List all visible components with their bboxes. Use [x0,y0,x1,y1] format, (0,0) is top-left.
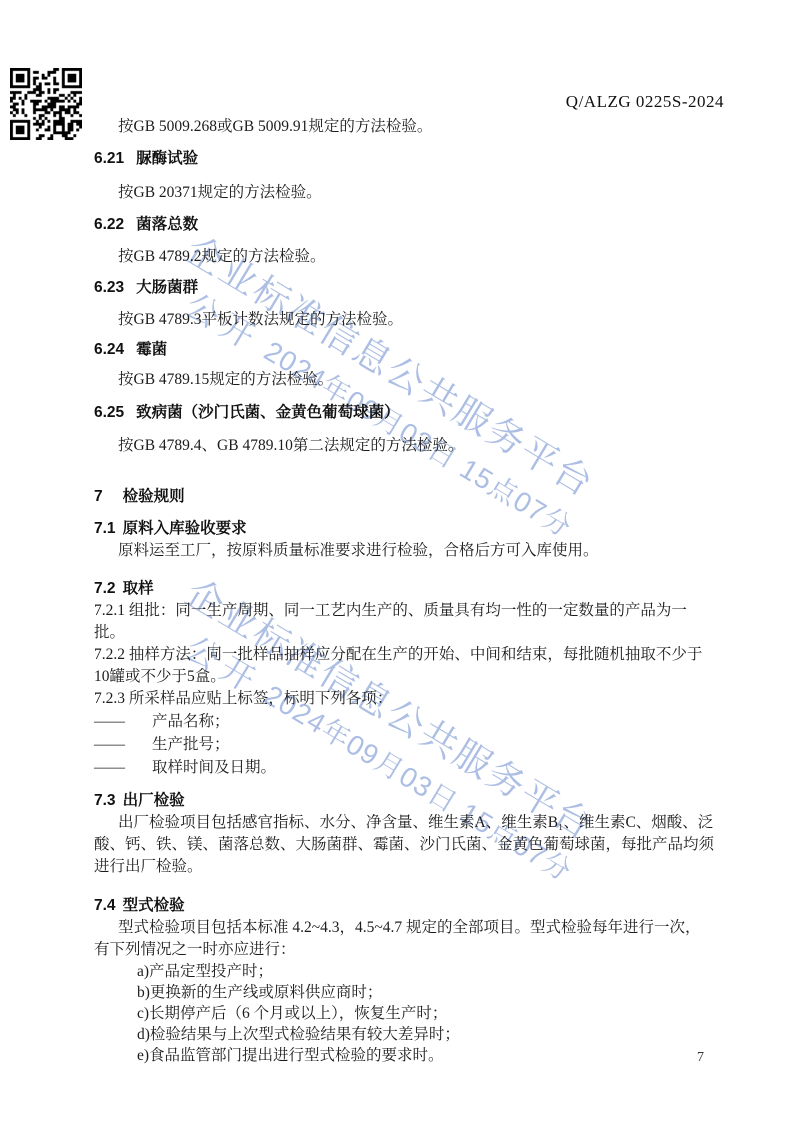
section-title: 原料入库验收要求 [123,520,247,537]
dash-marker: —— [94,733,132,756]
section-number: 7.1 [94,520,116,537]
section-title: 菌落总数 [136,216,198,233]
qr-code-icon [10,68,82,140]
section-title: 型式检验 [123,897,185,914]
section-heading-6-24: 6.24霉菌 [94,339,716,361]
section-heading-7-1: 7.1原料入库验收要求 [94,518,716,540]
dash-marker: —— [94,710,132,733]
section-title: 致病菌（沙门氏菌、金黄色葡萄球菌） [136,404,400,421]
condition-item-d: d)检验结果与上次型式检验结果有较大差异时； [94,1024,716,1045]
list-item-batch-number: —— 生产批号； [94,733,716,756]
section-body-6-21: 按GB 20371规定的方法检验。 [94,182,716,204]
section-number: 6.22 [94,216,124,233]
method-line-intro: 按GB 5009.268或GB 5009.91规定的方法检验。 [94,116,716,138]
section-title: 取样 [123,580,154,597]
condition-item-b: b)更换新的生产线或原料供应商时； [94,982,716,1003]
section-heading-6-21: 6.21脲酶试验 [94,148,716,170]
document-page: Q/ALZG 0225S-2024 企业标准信息公共服务平台 公开 2024年0… [0,0,794,1123]
section-body-6-24: 按GB 4789.15规定的方法检验。 [94,369,716,391]
list-item-label: 产品名称； [152,710,230,733]
section-number: 6.25 [94,404,124,421]
chapter-number: 7 [94,488,103,505]
section-heading-6-23: 6.23大肠菌群 [94,277,716,299]
section-body-7-4: 型式检验项目包括本标准 4.2~4.3，4.5~4.7 规定的全部项目。型式检验… [94,917,716,961]
section-heading-7-3: 7.3出厂检验 [94,790,716,812]
list-item-label: 生产批号； [152,733,230,756]
dash-marker: —— [94,756,132,779]
page-number: 7 [697,1050,704,1066]
section-number: 6.24 [94,341,124,358]
clause-7-2-1: 7.2.1 组批：同一生产周期、同一工艺内生产的、质量具有均一性的一定数量的产品… [94,600,716,644]
section-heading-7-4: 7.4型式检验 [94,895,716,917]
section-heading-7-2: 7.2取样 [94,578,716,600]
section-body-7-3: 出厂检验项目包括感官指标、水分、净含量、维生素A、维生素B₁、维生素C、烟酸、泛… [94,812,716,878]
condition-item-c: c)长期停产后（6 个月或以上），恢复生产时； [94,1003,716,1024]
section-heading-6-22: 6.22菌落总数 [94,214,716,236]
section-title: 霉菌 [136,341,167,358]
section-title: 出厂检验 [123,792,185,809]
list-item-product-name: —— 产品名称； [94,710,716,733]
document-content: 按GB 5009.268或GB 5009.91规定的方法检验。 6.21脲酶试验… [94,116,716,1066]
section-number: 7.2 [94,580,116,597]
section-title: 脲酶试验 [136,150,198,167]
section-number: 7.4 [94,897,116,914]
section-body-6-23: 按GB 4789.3平板计数法规定的方法检验。 [94,309,716,331]
section-number: 7.3 [94,792,116,809]
section-number: 6.23 [94,279,124,296]
section-heading-6-25: 6.25致病菌（沙门氏菌、金黄色葡萄球菌） [94,402,716,424]
list-item-sampling-time: —— 取样时间及日期。 [94,756,716,779]
condition-item-e: e)食品监管部门提出进行型式检验的要求时。 [94,1045,716,1066]
chapter-title: 检验规则 [123,488,185,505]
doc-code: Q/ALZG 0225S-2024 [566,92,724,112]
condition-item-a: a)产品定型投产时； [94,961,716,982]
section-body-6-25: 按GB 4789.4、GB 4789.10第二法规定的方法检验。 [94,435,716,457]
clause-7-2-3: 7.2.3 所采样品应贴上标签，标明下列各项： [94,688,716,710]
section-title: 大肠菌群 [136,279,198,296]
clause-7-2-2: 7.2.2 抽样方法：同一批样品抽样应分配在生产的开始、中间和结束，每批随机抽取… [94,644,716,688]
section-number: 6.21 [94,150,124,167]
chapter-heading-7: 7检验规则 [94,486,716,508]
list-item-label: 取样时间及日期。 [152,756,276,779]
section-body-6-22: 按GB 4789.2规定的方法检验。 [94,246,716,268]
section-body-7-1: 原料运至工厂，按原料质量标准要求进行检验，合格后方可入库使用。 [94,540,716,562]
